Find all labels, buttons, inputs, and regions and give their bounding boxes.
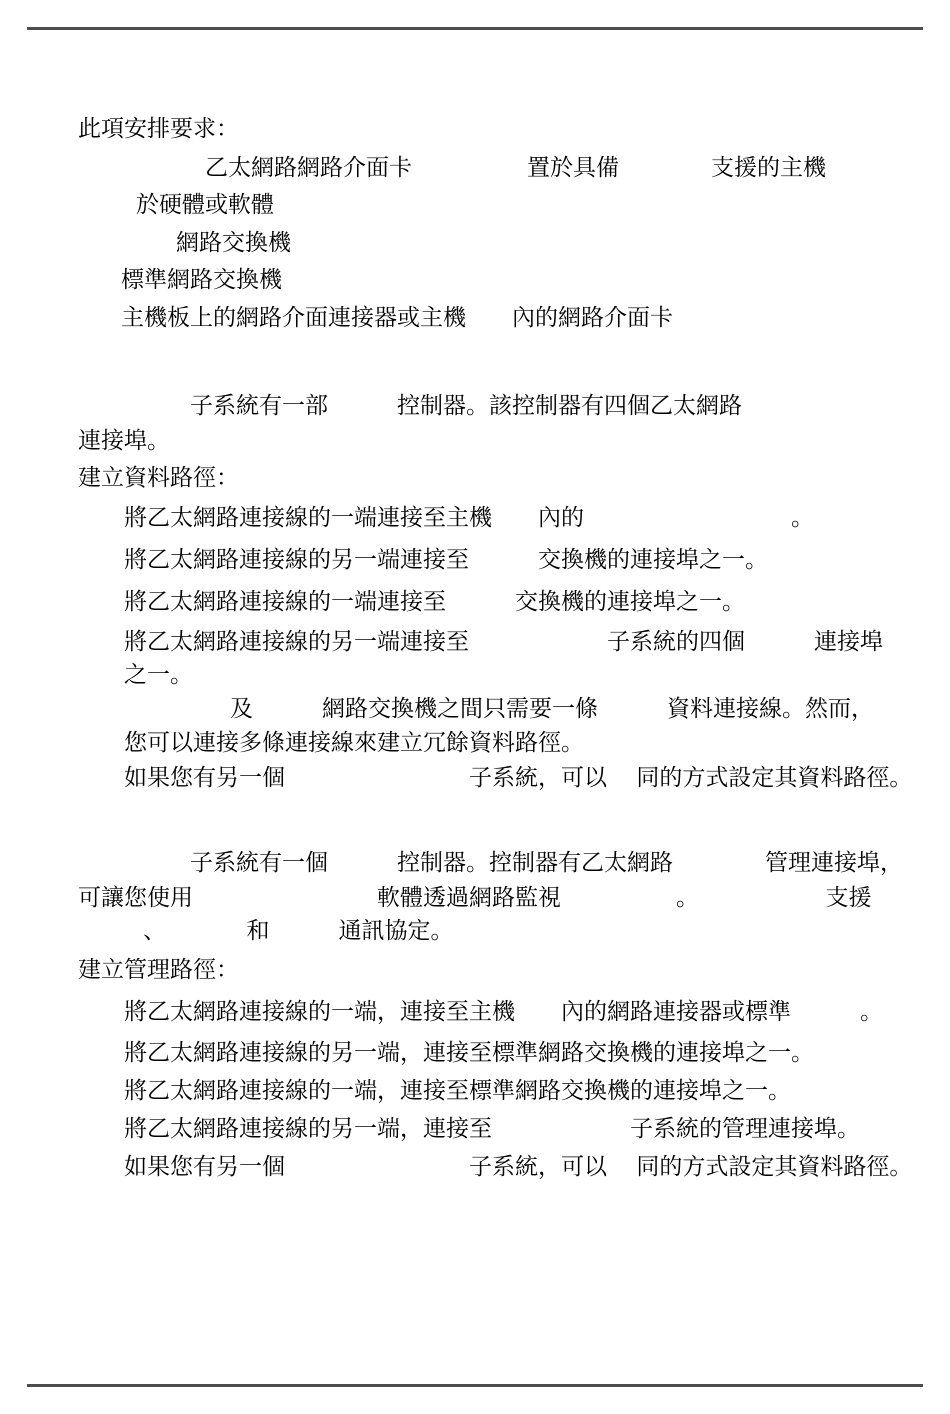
mgmt-path-step-1: 將乙太網路連接線的一端，連接至主機 內的網路連接器或標準 。 — [124, 997, 883, 1025]
req-item-nic-line1: 乙太網路網路介面卡 置於具備 支援的主機 — [205, 153, 826, 181]
data-path-note-line1: 及 網路交換機之間只需要一條 資料連接線。然而， — [230, 694, 874, 722]
mgmt-additional-note: 如果您有另一個 子系統，可以 同的方式設定其資料路徑。 — [124, 1152, 912, 1180]
data-path-heading: 建立資料路徑： — [78, 463, 239, 491]
requirements-heading: 此項安排要求： — [78, 114, 239, 142]
req-item-nic-line2: 於硬體或軟體 — [136, 190, 274, 218]
req-item-standard-switch: 標準網路交換機 — [121, 265, 282, 293]
para-mgmt-controller-line2: 可讓您使用 軟體透過網路監視 。 支援 — [78, 883, 872, 911]
req-item-host-connector: 主機板上的網路介面連接器或主機 內的網路介面卡 — [121, 303, 673, 331]
para-mgmt-controller-line1: 子系統有一個 控制器。控制器有乙太網路 管理連接埠， — [190, 848, 903, 876]
mgmt-path-heading: 建立管理路徑： — [78, 955, 239, 983]
para-data-controller-line1: 子系統有一部 控制器。該控制器有四個乙太網路 — [190, 391, 742, 419]
para-mgmt-controller-line3: 、 和 通訊協定。 — [143, 916, 454, 944]
mgmt-path-step-3: 將乙太網路連接線的一端，連接至標準網路交換機的連接埠之一。 — [124, 1076, 791, 1104]
data-path-step-4-line2: 之一。 — [124, 660, 193, 688]
data-path-step-1: 將乙太網路連接線的一端連接至主機 內的 。 — [124, 503, 814, 531]
mgmt-path-step-4: 將乙太網路連接線的另一端，連接至 子系統的管理連接埠。 — [124, 1114, 860, 1142]
para-data-controller-line2: 連接埠。 — [78, 426, 170, 454]
top-rule — [27, 27, 923, 30]
data-path-step-2: 將乙太網路連接線的另一端連接至 交換機的連接埠之一。 — [124, 545, 768, 573]
bottom-rule — [27, 1384, 923, 1387]
req-item-network-switch: 網路交換機 — [176, 228, 291, 256]
data-path-step-4-line1: 將乙太網路連接線的另一端連接至 子系統的四個 連接埠 — [124, 627, 883, 655]
data-path-step-3: 將乙太網路連接線的一端連接至 交換機的連接埠之一。 — [124, 587, 745, 615]
data-path-additional-note: 如果您有另一個 子系統，可以 同的方式設定其資料路徑。 — [124, 763, 912, 791]
mgmt-path-step-2: 將乙太網路連接線的另一端，連接至標準網路交換機的連接埠之一。 — [124, 1038, 814, 1066]
document-page: 此項安排要求： 乙太網路網路介面卡 置於具備 支援的主機 於硬體或軟體 網路交換… — [0, 0, 950, 1414]
data-path-note-line2: 您可以連接多條連接線來建立冗餘資料路徑。 — [124, 728, 584, 756]
